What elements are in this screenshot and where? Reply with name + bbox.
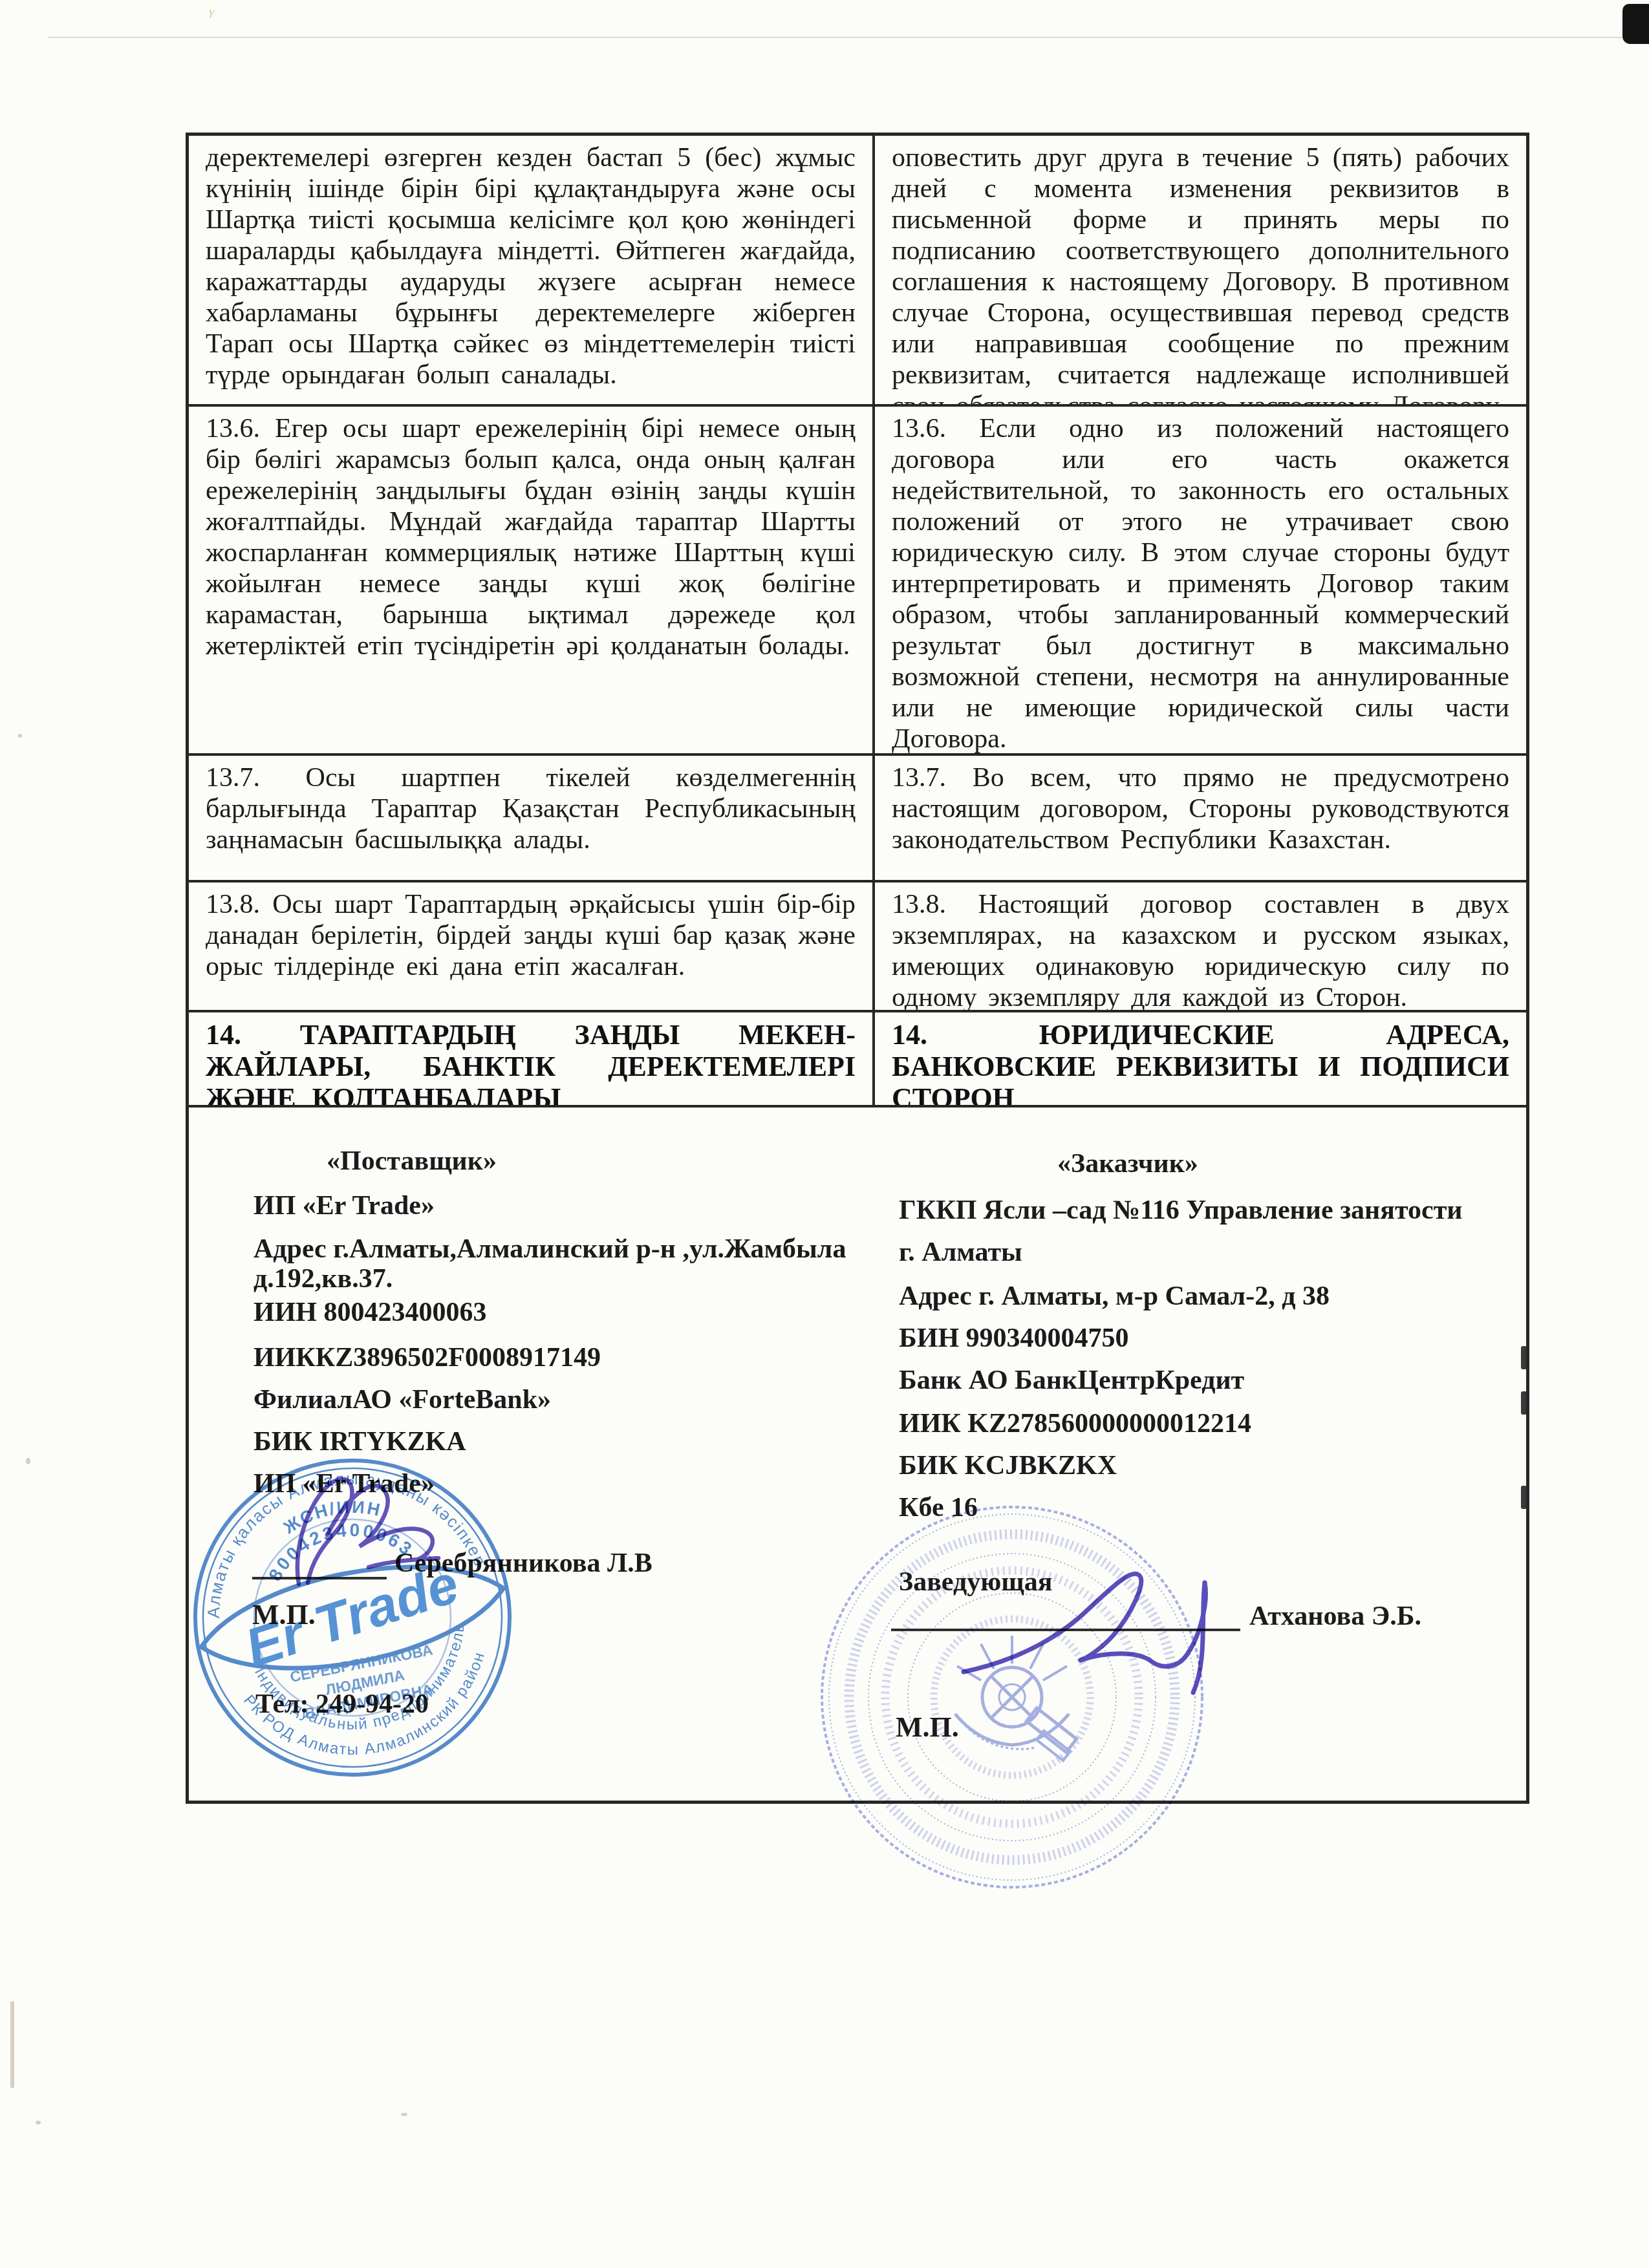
requisites-signatures-row: «Поставщик» ИП «Er Trade» Адрес г.Алматы…: [189, 1107, 1526, 1801]
scan-artifact-corner: [1622, 4, 1649, 44]
supplier-bik-line: БИК IRTYKZKA: [253, 1427, 874, 1457]
clause-text-russian: 13.7. Во всем, что прямо не предусмотрен…: [872, 756, 1526, 880]
customer-bik-line: БИК KCJBKZKX: [899, 1451, 1526, 1481]
clause-text-kazakh: 13.6. Егер осы шарт ережелерінің бірі не…: [189, 407, 872, 753]
scan-mark: ᵞ: [206, 4, 216, 27]
scan-speck: [36, 2121, 41, 2124]
clause-row-13-6: 13.6. Егер осы шарт ережелерінің бірі не…: [189, 407, 1526, 756]
supplier-phone: Тел: 249-94-20: [255, 1689, 876, 1719]
section-14-heading-russian: 14. ЮРИДИЧЕСКИЕ АДРЕСА, БАНКОВСКИЕ РЕКВИ…: [872, 1012, 1526, 1105]
clause-row-continuation: деректемелері өзгерген кезден бастап 5 (…: [189, 136, 1526, 407]
supplier-address-line: Адрес г.Алматы,Алмалинский р-н ,ул.Жамбы…: [253, 1234, 874, 1294]
customer-position-title: Заведующая: [899, 1567, 1520, 1597]
scan-edge-streak: [10, 2001, 14, 2088]
supplier-bank-line: ФилиалАО «ForteBank»: [253, 1385, 874, 1415]
clause-text-kazakh: 13.7. Осы шартпен тікелей көзделмегеннің…: [189, 756, 872, 880]
clause-text-russian: 13.8. Настоящий договор составлен в двух…: [872, 883, 1526, 1010]
customer-seal-label: М.П.: [896, 1711, 959, 1744]
customer-kbe-line: Кбе 16: [899, 1493, 1526, 1523]
supplier-role-label: «Поставщик»: [327, 1146, 497, 1177]
clause-text-russian: 13.6. Если одно из положений настоящего …: [872, 407, 1526, 753]
customer-bin-line: БИН 990340004750: [899, 1323, 1526, 1353]
scan-speck: [401, 2113, 407, 2116]
scanned-contract-page: ᵞ деректемелері өзгерген кезден бастап 5…: [0, 0, 1649, 2268]
scan-speck: [26, 1458, 30, 1464]
supplier-seal-label: М.П.: [252, 1598, 316, 1631]
supplier-signatory-name: Серебрянникова Л.В: [394, 1548, 652, 1579]
clause-text-russian: оповестить друг друга в течение 5 (пять)…: [872, 136, 1526, 404]
clause-row-13-8: 13.8. Осы шарт Тараптардың әрқайсысы үші…: [189, 883, 1526, 1012]
clause-text-kazakh: 13.8. Осы шарт Тараптардың әрқайсысы үші…: [189, 883, 872, 1010]
customer-signatory-name: Атханова Э.Б.: [1249, 1601, 1421, 1632]
customer-city-line: г. Алматы: [899, 1237, 1526, 1267]
clause-row-14-header: 14. ТАРАПТАРДЫҢ ЗАҢДЫ МЕКЕН-ЖАЙЛАРЫ, БАН…: [189, 1012, 1526, 1107]
clause-row-13-7: 13.7. Осы шартпен тікелей көзделмегеннің…: [189, 756, 1526, 883]
customer-address-line: Адрес г. Алматы, м-р Самал-2, д 38: [899, 1281, 1526, 1311]
supplier-repeat-line: ИП «Er Trade»: [253, 1469, 874, 1499]
supplier-iin-line: ИИН 800423400063: [253, 1298, 874, 1327]
contract-clause-table: деректемелері өзгерген кезден бастап 5 (…: [186, 133, 1529, 1804]
customer-bank-line: Банк АО БанкЦентрКредит: [899, 1365, 1526, 1395]
supplier-signature-line: [252, 1577, 387, 1579]
scan-speck: [18, 734, 22, 738]
section-14-heading-kazakh: 14. ТАРАПТАРДЫҢ ЗАҢДЫ МЕКЕН-ЖАЙЛАРЫ, БАН…: [189, 1012, 872, 1105]
customer-iik-line: ИИК KZ278560000000012214: [899, 1409, 1526, 1439]
customer-role-label: «Заказчик»: [1057, 1148, 1198, 1179]
clause-text-kazakh: деректемелері өзгерген кезден бастап 5 (…: [189, 136, 872, 404]
customer-signature-line: [891, 1629, 1240, 1631]
scan-edge-line: [48, 37, 1643, 38]
supplier-name-line: ИП «Er Trade»: [253, 1191, 874, 1221]
supplier-iik-line: ИИККZ3896502F0008917149: [253, 1343, 874, 1373]
customer-name-line: ГККП Ясли –сад №116 Управление занятости: [899, 1195, 1526, 1225]
